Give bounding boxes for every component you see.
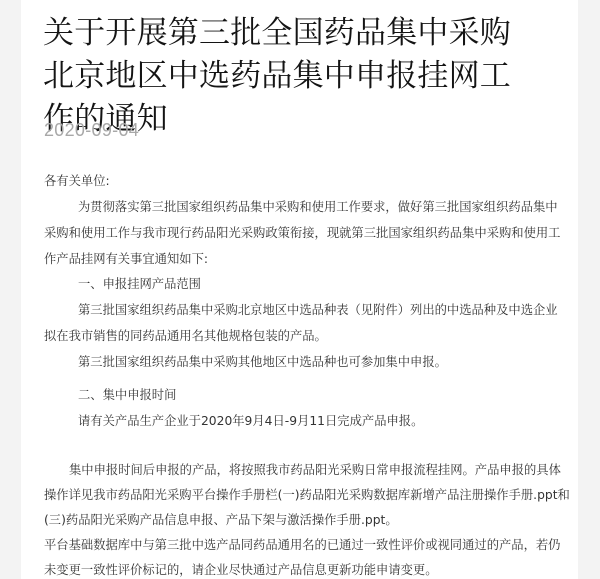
later-line-2: 操作详见我市药品阳光采购平台操作手册栏(一)药品阳光采购数据库新增产品注册操作手…	[44, 487, 570, 503]
salutation: 各有关单位:	[44, 173, 110, 189]
section-2-heading: 二、集中申报时间	[78, 387, 176, 403]
later-line-1: 集中申报时间后申报的产品，将按照我市药品阳光采购日常申报流程挂网。产品申报的具体	[69, 462, 561, 478]
platform-line-2: 未变更一致性评价标记的，请企业尽快通过产品信息更新功能申请变更。	[44, 562, 438, 578]
intro-line-3: 作产品挂网有关事宜通知如下:	[44, 251, 208, 267]
section-1-heading: 一、申报挂网产品范围	[78, 276, 201, 292]
section-1-para2: 第三批国家组织药品集中采购其他地区中选品种也可参加集中申报。	[78, 354, 447, 370]
intro-line-2: 采购和使用工作与我市现行药品阳光采购政策衔接，现就第三批国家组织药品集中采购和使…	[44, 225, 560, 241]
title-line-2: 北京地区中选药品集中申报挂网工	[43, 55, 563, 98]
intro-line-1: 为贯彻落实第三批国家组织药品集中采购和使用工作要求，做好第三批国家组织药品集中	[78, 199, 558, 215]
platform-line-1: 平台基础数据库中与第三批中选产品同药品通用名的已通过一致性评价或视同通过的产品，…	[44, 537, 560, 553]
later-line-3: (三)药品阳光采购产品信息申报、产品下架与激活操作手册.ppt。	[44, 512, 398, 528]
section-1-para1-line1: 第三批国家组织药品集中采购北京地区中选品种表（见附件）列出的中选品种及中选企业	[78, 302, 558, 318]
section-1-para1-line2: 拟在我市销售的同药品通用名其他规格包装的产品。	[44, 328, 327, 344]
section-2-para1: 请有关产品生产企业于2020年9月4日-9月11日完成产品申报。	[78, 413, 423, 429]
article-page: 关于开展第三批全国药品集中采购 北京地区中选药品集中申报挂网工 作的通知 202…	[21, 0, 578, 579]
publish-date: 2020-09-04	[44, 120, 139, 141]
title-line-1: 关于开展第三批全国药品集中采购	[43, 12, 563, 55]
